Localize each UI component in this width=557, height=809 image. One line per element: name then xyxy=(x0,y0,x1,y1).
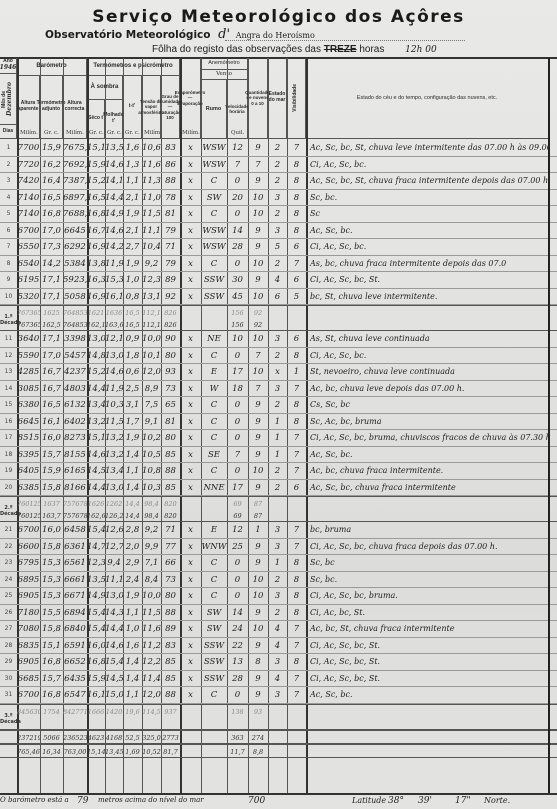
cell-neb: 9 xyxy=(248,239,268,255)
cell-day: 15 xyxy=(0,397,17,413)
total-value: 765,46 xyxy=(17,746,40,758)
unit-millim-4: Milím. xyxy=(182,130,200,136)
cell-neb: 9 xyxy=(248,430,268,446)
cell-term: 16,5 xyxy=(40,190,63,206)
cell-desc: Ci, Ac, Sc, bc, chuva fraca depois das 0… xyxy=(306,539,549,555)
cell-tensao: 11,6 xyxy=(142,157,161,173)
cell-mar: 2 xyxy=(268,463,287,479)
cell-seco: 15,1 xyxy=(87,140,105,156)
year-header: Ano 1946 xyxy=(0,58,17,74)
cell-day: 31 xyxy=(0,687,17,703)
cell-alt_ap: 6895 xyxy=(17,572,40,588)
cell-term: 15,8 xyxy=(40,621,63,637)
cell-alt_ap: 6385 xyxy=(17,480,40,496)
cell-day: 8 xyxy=(0,256,17,272)
latitude-label: Latitude xyxy=(352,796,386,805)
cell-vel: 14 xyxy=(227,605,248,621)
cell-hum: 85 xyxy=(161,447,180,463)
cell-rumo: C xyxy=(201,256,227,272)
cell-mar: 2 xyxy=(268,256,287,272)
cell-vis: 5 xyxy=(287,289,306,305)
cell-diff: 0,8 xyxy=(123,289,142,305)
cell-mar: 2 xyxy=(268,173,287,189)
cell-seco: 15,2 xyxy=(87,364,105,380)
cell-tensao: 11,3 xyxy=(142,173,161,189)
cell-evap: x xyxy=(180,463,201,479)
cell-evap: x xyxy=(180,206,201,222)
cell-evap: x xyxy=(180,539,201,555)
cell-desc: Ci, Ac, Sc, bc, St. xyxy=(306,654,549,670)
cell-alt_ap: 6700 xyxy=(17,522,40,538)
cell-vel: 17 xyxy=(227,480,248,496)
total-value: 2372190 xyxy=(17,732,40,744)
cell-evap: x xyxy=(180,140,201,156)
cell-vel: 0 xyxy=(227,572,248,588)
cell-alt_corr: 3398 xyxy=(63,331,87,347)
decade-value: 1625 xyxy=(40,307,63,319)
cell-vel: 0 xyxy=(227,687,248,703)
decade-value: 87 xyxy=(248,498,268,510)
cell-rumo: C xyxy=(201,463,227,479)
decade-value: 93 xyxy=(248,706,268,718)
cell-alt_ap: 5320 xyxy=(17,289,40,305)
cell-molh: 14,4 xyxy=(105,621,123,637)
cell-tensao: 12,0 xyxy=(142,687,161,703)
total-value: 8,8 xyxy=(248,746,268,758)
cell-evap: x xyxy=(180,621,201,637)
humidade-header: Grau de humidade — Saturação 100 xyxy=(161,76,180,139)
cell-hum: 89 xyxy=(161,621,180,637)
cell-diff: 2,8 xyxy=(123,522,142,538)
decade-value: 1626 xyxy=(87,498,105,510)
cell-vis: 7 xyxy=(287,256,306,272)
cell-day: 13 xyxy=(0,364,17,380)
cell-alt_ap: 7140 xyxy=(17,206,40,222)
cell-neb: 10 xyxy=(248,289,268,305)
cell-alt_ap: 6395 xyxy=(17,447,40,463)
cell-diff: 1,7 xyxy=(123,414,142,430)
cell-alt_corr: 6458 xyxy=(63,522,87,538)
cell-evap: x xyxy=(180,190,201,206)
table-row: 1770015,97675,915,113,51,610,683xWSW1292… xyxy=(0,140,557,157)
decade-value: 16,5 xyxy=(123,319,142,331)
cell-seco: 14,8 xyxy=(87,348,105,364)
cell-hum: 85 xyxy=(161,654,180,670)
cell-diff: 1,9 xyxy=(123,430,142,446)
cell-rumo: C xyxy=(201,572,227,588)
cell-seco: 15,9 xyxy=(87,157,105,173)
cell-alt_corr: 8273 xyxy=(63,430,87,446)
decade-value: 1754 xyxy=(40,706,63,718)
cell-hum: 86 xyxy=(161,157,180,173)
cell-desc: Cs, Sc, bc xyxy=(306,397,549,413)
sheet-label: Fôlha do registo das observações das xyxy=(152,44,321,55)
cell-tensao: 12,3 xyxy=(142,272,161,288)
cell-term: 17,0 xyxy=(40,348,63,364)
cell-day: 3 xyxy=(0,173,17,189)
cell-rumo: NE xyxy=(201,331,227,347)
cell-evap: x xyxy=(180,671,201,687)
decade-value: 163,6 xyxy=(105,319,123,331)
cell-evap: x xyxy=(180,381,201,397)
cell-alt_corr: 5457 xyxy=(63,348,87,364)
cell-vel: 22 xyxy=(227,638,248,654)
cell-day: 28 xyxy=(0,638,17,654)
cell-tensao: 9,1 xyxy=(142,414,161,430)
cell-molh: 11,5 xyxy=(105,414,123,430)
cell-vis: 8 xyxy=(287,654,306,670)
cell-tensao: 7,1 xyxy=(142,555,161,571)
cell-desc: Sc, bc. xyxy=(306,572,549,588)
cell-vis: 1 xyxy=(287,364,306,380)
cell-alt_ap: 6550 xyxy=(17,239,40,255)
decade-value: 1637 xyxy=(40,498,63,510)
cell-vis: 7 xyxy=(287,671,306,687)
cell-mar: 3 xyxy=(268,190,287,206)
cell-alt_ap: 6645 xyxy=(17,414,40,430)
cell-tensao: 8,4 xyxy=(142,572,161,588)
cell-alt_ap: 3640 xyxy=(17,331,40,347)
cell-term: 17,1 xyxy=(40,272,63,288)
cell-vis: 8 xyxy=(287,190,306,206)
cell-hum: 88 xyxy=(161,463,180,479)
cell-diff: 2,9 xyxy=(123,555,142,571)
cell-molh: 15,4 xyxy=(105,654,123,670)
cell-seco: 13,5 xyxy=(87,572,105,588)
cell-vis: 7 xyxy=(287,140,306,156)
cell-rumo: WSW xyxy=(201,239,227,255)
cell-vis: 6 xyxy=(287,272,306,288)
decade-value: 764853 xyxy=(63,319,87,331)
cell-desc: Sc, bc xyxy=(306,555,549,571)
cell-diff: 1,6 xyxy=(123,140,142,156)
unit-grc-4: Gr. c. xyxy=(125,130,140,136)
cell-molh: 14,5 xyxy=(105,671,123,687)
cell-molh: 11,9 xyxy=(105,256,123,272)
cell-term: 15,3 xyxy=(40,572,63,588)
cell-rumo: SW xyxy=(201,190,227,206)
cell-vis: 8 xyxy=(287,588,306,604)
cell-alt_corr: 6645 xyxy=(63,223,87,239)
cell-desc: Sc xyxy=(306,206,549,222)
cell-term: 15,9 xyxy=(40,140,63,156)
cell-seco: 16,5 xyxy=(87,190,105,206)
total-value: 10,52 xyxy=(142,746,161,758)
cell-molh: 14,6 xyxy=(105,223,123,239)
table-row: 17851516,0827315,113,21,910,280xC0917Ci,… xyxy=(0,430,557,447)
cell-evap: x xyxy=(180,555,201,571)
unit-grc-2: Gr. c. xyxy=(89,130,104,136)
cell-alt_corr: 7387,1 xyxy=(63,173,87,189)
cell-evap: x xyxy=(180,654,201,670)
cell-diff: 1,6 xyxy=(123,638,142,654)
cell-day: 5 xyxy=(0,206,17,222)
cell-tensao: 10,6 xyxy=(142,140,161,156)
cell-tensao: 10,0 xyxy=(142,588,161,604)
cell-desc: Ci, Ac, Sc, bc. xyxy=(306,239,549,255)
decade-value: 767365 xyxy=(17,319,40,331)
cell-evap: x xyxy=(180,605,201,621)
cell-molh: 14,1 xyxy=(105,173,123,189)
cell-day: 21 xyxy=(0,522,17,538)
cell-hum: 92 xyxy=(161,289,180,305)
cell-mar: 2 xyxy=(268,140,287,156)
cell-day: 7 xyxy=(0,239,17,255)
cell-alt_ap: 6700 xyxy=(17,687,40,703)
cell-tensao: 10,1 xyxy=(142,348,161,364)
cell-seco: 15,4 xyxy=(87,522,105,538)
cell-molh: 14,4 xyxy=(105,190,123,206)
table-row: 11364017,1339813,012,10,910,090xNE101036… xyxy=(0,331,557,348)
cell-alt_ap: 7420 xyxy=(17,173,40,189)
cell-evap: x xyxy=(180,414,201,430)
cell-day: 11 xyxy=(0,331,17,347)
cell-term: 17,3 xyxy=(40,239,63,255)
decade-value: 826 xyxy=(161,319,180,331)
cell-tensao: 11,2 xyxy=(142,638,161,654)
table-row: 31670016,8654716,115,01,112,088xC0937Ac,… xyxy=(0,687,557,704)
cell-rumo: C xyxy=(201,414,227,430)
cell-neb: 9 xyxy=(248,638,268,654)
cell-diff: 1,0 xyxy=(123,621,142,637)
table-row: 26718015,5689415,414,31,111,588xSW14928C… xyxy=(0,605,557,622)
cell-vel: 0 xyxy=(227,555,248,571)
unit-quil: Quil. xyxy=(231,130,244,136)
cell-rumo: SSW xyxy=(201,289,227,305)
cell-alt_corr: 6840 xyxy=(63,621,87,637)
cell-term: 15,8 xyxy=(40,539,63,555)
cell-term: 15,7 xyxy=(40,671,63,687)
cell-hum: 80 xyxy=(161,588,180,604)
decade-value: 1420 xyxy=(105,706,123,718)
cell-desc: Ac, Sc, bc, chuva fraca intermitente xyxy=(306,480,549,496)
cell-term: 16,0 xyxy=(40,430,63,446)
cell-vel: 14 xyxy=(227,223,248,239)
total-value: 4623 xyxy=(87,732,105,744)
cell-alt_corr: 7688,7 xyxy=(63,206,87,222)
cell-vis: 7 xyxy=(287,621,306,637)
cell-molh: 15,3 xyxy=(105,272,123,288)
cell-desc: Ac, bc, chuva leve depois das 07.00 h. xyxy=(306,381,549,397)
evaporacao-header: Evaporómetro — Evaporação xyxy=(180,58,201,139)
cell-vis: 8 xyxy=(287,555,306,571)
cell-vis: 7 xyxy=(287,522,306,538)
cell-neb: 10 xyxy=(248,463,268,479)
cell-seco: 16,8 xyxy=(87,654,105,670)
cell-desc: Ac, bc, St, chuva fraca intermitente xyxy=(306,621,549,637)
table-row: 22660015,8636114,712,72,09,977xWNW25937C… xyxy=(0,539,557,556)
cell-alt_ap: 7720 xyxy=(17,157,40,173)
cell-rumo: WSW xyxy=(201,223,227,239)
cell-term: 15,7 xyxy=(40,447,63,463)
cell-seco: 13,4 xyxy=(87,397,105,413)
cell-alt_ap: 6600 xyxy=(17,539,40,555)
cell-neb: 9 xyxy=(248,605,268,621)
decade-value: 112,1 xyxy=(142,319,161,331)
cell-vel: 0 xyxy=(227,463,248,479)
cell-alt_ap: 5590 xyxy=(17,348,40,364)
cell-mar: 3 xyxy=(268,223,287,239)
cell-seco: 13,8 xyxy=(87,256,105,272)
cell-molh: 11,9 xyxy=(105,381,123,397)
cell-diff: 1,9 xyxy=(123,206,142,222)
cell-diff: 1,8 xyxy=(123,348,142,364)
hour-struck: TREZE xyxy=(324,44,357,55)
cell-seco: 15,1 xyxy=(87,430,105,446)
cell-term: 15,8 xyxy=(40,480,63,496)
table-row: 20638515,8816614,413,01,410,385xNNE17926… xyxy=(0,480,557,497)
descricao-header: Estado do céu e do tempo, configuração d… xyxy=(306,58,549,139)
cell-alt_ap: 7700 xyxy=(17,140,40,156)
cell-alt_corr: 5923,1 xyxy=(63,272,87,288)
cell-hum: 65 xyxy=(161,397,180,413)
decade-value: 69 xyxy=(227,498,248,510)
cell-neb: 9 xyxy=(248,272,268,288)
cell-evap: x xyxy=(180,397,201,413)
cell-rumo: WSW xyxy=(201,140,227,156)
cell-term: 15,1 xyxy=(40,638,63,654)
cell-vel: 7 xyxy=(227,447,248,463)
cell-desc: Ac, Sc, bc, St, chuva leve intermitente … xyxy=(306,140,549,156)
decade-value: 98,4 xyxy=(142,510,161,522)
decade-value: 156 xyxy=(227,307,248,319)
cell-vel: 0 xyxy=(227,430,248,446)
cell-neb: 10 xyxy=(248,572,268,588)
cell-alt_corr: 6591 xyxy=(63,638,87,654)
totals-sum: 2372190506623652324623416852,5325,027733… xyxy=(0,730,557,744)
cell-rumo: SSW xyxy=(201,671,227,687)
cell-vel: 13 xyxy=(227,654,248,670)
cell-alt_ap: 6195 xyxy=(17,272,40,288)
cell-evap: x xyxy=(180,447,201,463)
cell-tensao: 12,2 xyxy=(142,654,161,670)
cell-diff: 1,1 xyxy=(123,463,142,479)
observatory-label: Observatório Meteorológico xyxy=(45,29,210,41)
cell-tensao: 10,4 xyxy=(142,239,161,255)
cell-alt_ap: 7180 xyxy=(17,605,40,621)
visibilidade-label: Visibilidade xyxy=(293,84,299,112)
cell-hum: 85 xyxy=(161,480,180,496)
cell-molh: 14,3 xyxy=(105,605,123,621)
decade-value: 757678 xyxy=(63,510,87,522)
table-row: 16664516,1640213,211,51,79,181xC0918Sc, … xyxy=(0,414,557,431)
cell-desc: Ci, Ac, Sc, bc. xyxy=(306,348,549,364)
cell-diff: 1,9 xyxy=(123,588,142,604)
cell-seco: 14,5 xyxy=(87,463,105,479)
cell-mar: 4 xyxy=(268,272,287,288)
cell-term: 17,1 xyxy=(40,331,63,347)
cell-mar: 2 xyxy=(268,397,287,413)
cell-diff: 2,0 xyxy=(123,539,142,555)
cell-vis: 8 xyxy=(287,397,306,413)
cell-day: 19 xyxy=(0,463,17,479)
cell-neb: 9 xyxy=(248,687,268,703)
cell-term: 16,8 xyxy=(40,687,63,703)
cell-mar: 3 xyxy=(268,331,287,347)
cell-diff: 1,0 xyxy=(123,272,142,288)
cell-molh: 13,2 xyxy=(105,447,123,463)
cell-diff: 1,4 xyxy=(123,654,142,670)
cell-neb: 9 xyxy=(248,173,268,189)
cell-neb: 7 xyxy=(248,381,268,397)
cell-alt_corr: 6661 xyxy=(63,572,87,588)
cell-tensao: 9,2 xyxy=(142,256,161,272)
cell-molh: 14,6 xyxy=(105,157,123,173)
cell-day: 29 xyxy=(0,654,17,670)
cell-mar: 3 xyxy=(268,654,287,670)
cell-diff: 3,1 xyxy=(123,397,142,413)
decade-value: 1262 xyxy=(105,498,123,510)
cell-desc: Ac, Sc, bc. xyxy=(306,223,549,239)
cell-hum: 73 xyxy=(161,572,180,588)
cell-rumo: E xyxy=(201,364,227,380)
cell-vis: 8 xyxy=(287,414,306,430)
cell-day: 1 xyxy=(0,140,17,156)
cell-rumo: C xyxy=(201,687,227,703)
cell-rumo: C xyxy=(201,206,227,222)
cell-diff: 1,1 xyxy=(123,605,142,621)
cell-hum: 81 xyxy=(161,206,180,222)
sheet-line: Fôlha do registo das observações das TRE… xyxy=(152,44,437,55)
cell-diff: 1,4 xyxy=(123,447,142,463)
cell-alt_ap: 6905 xyxy=(17,588,40,604)
table-row: 15638016,5613213,410,33,17,565xC0928Cs, … xyxy=(0,397,557,414)
cell-diff: 2,1 xyxy=(123,190,142,206)
table-row: 27708015,8684015,414,41,011,689xSW241047… xyxy=(0,621,557,638)
cell-molh: 12,1 xyxy=(105,331,123,347)
barometer-header: Barómetro xyxy=(17,58,87,76)
cell-diff: 1,3 xyxy=(123,157,142,173)
month-value: Dezembro xyxy=(7,82,14,116)
decade-value: 1666 xyxy=(87,706,105,718)
decade-value: 14,4 xyxy=(123,498,142,510)
total-value: 11,7 xyxy=(227,746,248,758)
cell-hum: 89 xyxy=(161,272,180,288)
table-row: 24689515,3666113,511,12,48,473xC01028Sc,… xyxy=(0,572,557,589)
cell-seco: 16,3 xyxy=(87,272,105,288)
decade-value: 92 xyxy=(248,319,268,331)
cell-seco: 14,6 xyxy=(87,447,105,463)
cell-vel: 45 xyxy=(227,289,248,305)
decade-value: 163,7 xyxy=(40,510,63,522)
cell-hum: 71 xyxy=(161,522,180,538)
cell-mar: 2 xyxy=(268,206,287,222)
cell-hum: 79 xyxy=(161,256,180,272)
cell-alt_corr: 5058 xyxy=(63,289,87,305)
total-value: 52,5 xyxy=(123,732,142,744)
cell-day: 24 xyxy=(0,572,17,588)
total-value: 2365232 xyxy=(63,732,87,744)
cell-vel: 20 xyxy=(227,190,248,206)
cell-desc: Ci, Ac, Sc, bc, bruma, chuviscos fracos … xyxy=(306,430,549,446)
decade-value: 760125 xyxy=(17,498,40,510)
total-value: 1,69 xyxy=(123,746,142,758)
cell-diff: 2,5 xyxy=(123,381,142,397)
cell-desc: Ac, Sc, bc, St, chuva fraca intermitente… xyxy=(306,173,549,189)
table-row: 29690516,8665216,815,41,412,285xSSW13838… xyxy=(0,654,557,671)
decade-summary: 3.ª Década84563017548427711666142019,611… xyxy=(0,704,557,730)
table-row: 23679515,3656112,39,42,97,166xC0918Sc, b… xyxy=(0,555,557,572)
cell-mar: 1 xyxy=(268,447,287,463)
cell-term: 17,0 xyxy=(40,223,63,239)
dotted-rule xyxy=(225,40,465,41)
unit-grc-1: Gr. c. xyxy=(44,130,59,136)
total-value: 4168 xyxy=(105,732,123,744)
cell-mar: 2 xyxy=(268,157,287,173)
cell-alt_ap: 3085 xyxy=(17,381,40,397)
cell-vel: 12 xyxy=(227,140,248,156)
table-row: 25690515,3667114,913,01,910,080xC01038Ci… xyxy=(0,588,557,605)
